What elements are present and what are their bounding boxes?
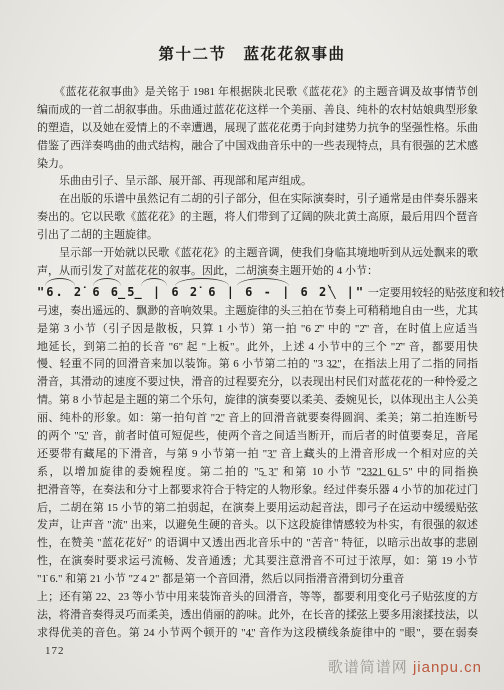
text-line: 性，在赞美 "蓝花花好" 的语调中又透出西北音乐中的 "苦音" 特征，以暗示出故… bbox=[37, 535, 478, 553]
text-line: 的塑造，以及她在爱情上的不幸遭遇，展现了蓝花花勇于向封建势力抗争的坚强性格。乐曲 bbox=[37, 120, 478, 138]
text-line: 弓速，奏出遥远的、飘渺的音响效果。主题旋律的头三拍在节奏上可稍稍地自由一些，尤其 bbox=[37, 303, 478, 321]
watermark-site-url: jianpu.cn bbox=[413, 659, 482, 676]
text-line: 滑音，其滑动的速度不要过快，滑音的过程要充分，以表现出村民们对蓝花花的一种怜爱之 bbox=[37, 374, 478, 392]
text-line: 奏出的。它以民歌《蓝花花》的主题，将人们带到了辽阔的陕北黄土高原，最后用四个琶音 bbox=[37, 209, 478, 227]
text-line: 呈示部一开始就以民歌《蓝花花》的主题音调，使我们身临其境地听到从远处飘来的歌 bbox=[37, 245, 478, 263]
text-line: 染力。 bbox=[37, 156, 478, 174]
text-line: 乐曲由引子、呈示部、展开部、再现部和尾声组成。 bbox=[37, 173, 478, 191]
text-line: 编而成的一首二胡叙事曲。乐曲通过蓝花花这样一个美丽、善良、纯朴的农村姑娘典型形象 bbox=[37, 102, 478, 120]
text-line: 性，在演奏时要求运弓流畅、发音通透；尤其要注意滑音不可过于浓厚，如：第 19 小… bbox=[37, 553, 478, 571]
jianpu-notation: "6. 2̇ 6 6̲5̲ | 6 2̇ 6 | 6 - | 6 2̇╲ |" bbox=[37, 285, 365, 299]
text-line: 情。第 8 小节起是主题的第二个乐句，旋律的演奏要以柔美、委婉见长，以体现出主人… bbox=[37, 392, 478, 410]
page-number: 172 bbox=[45, 645, 65, 657]
text-line: "1̇ 6." 和第 21 小节 "2̇ 4 2" 都是第一个音回滑，然后以同指… bbox=[37, 571, 478, 589]
text-line: 在出版的乐谱中虽然记有二胡的引子部分，但在实际演奏时，引子通常是由伴奏乐器来 bbox=[37, 191, 478, 209]
text-line: 系，以增加旋律的委婉程度。第二拍的 "5̲ 3̲" 和第 10 小节 "2̲3̲… bbox=[37, 464, 478, 482]
text-line: 借鉴了西洋奏鸣曲的曲式结构，融合了中国戏曲音乐中的一些表现特点，具有很强的艺术感 bbox=[37, 138, 478, 156]
text-line: 是第 3 小节（引子因是散板，只算 1 小节）第一拍 "6 2̇" 中的 "2̇… bbox=[37, 321, 478, 339]
watermark-site-name: 歌谱简谱网 bbox=[328, 659, 408, 676]
text-line: 丽、纯朴的形象。如：第一拍句首 "2̲" 音上的回滑音就要奏得圆润、柔美；第二拍… bbox=[37, 410, 478, 428]
text-line: 的两个 "5̲" 音，前者时值可短促些，使两个音之间适当断开，而后者的时值要奏足… bbox=[37, 428, 478, 446]
text-line: 后，二胡在第 15 小节的第二拍弱起，在演奏上要用运动起音法，即弓子在运动中缓缓… bbox=[37, 500, 478, 518]
text-line: 引出了二胡的主题旋律。 bbox=[37, 227, 478, 245]
text-line: 慢、轻重不同的回滑音来加以装饰。第 6 小节第二拍的 "3 3̲2̲"，在指法上… bbox=[37, 356, 478, 374]
text-line: 上；还有第 22、23 等小节中用来装饰音头的回滑音，等等，都要利用变化弓子贴弦… bbox=[37, 589, 478, 607]
text-line: 法，将滑音奏得灵巧而柔美，透出俏丽的韵味。此外，在长音的揉弦上要多用滚揉技法，以 bbox=[37, 607, 478, 625]
text-line: 还要带有藏尾的下滑音，与第 9 小节第一拍 "3̲" 音上藏头的上滑音形成一个相… bbox=[37, 446, 478, 464]
text-line: 地延长，到第二拍的长音 "6" 起 "上板"。此外，上述 4 小节中的三个 "2… bbox=[37, 339, 478, 357]
notation-trailing-text: 一定要用较轻的贴弦度和较快的 bbox=[368, 287, 504, 299]
text-line: 发声，让声音 "流" 出来，以避免生硬的音头。以下这段旋律情感较为朴实，有很强的… bbox=[37, 517, 478, 535]
text-line: 《蓝花花叙事曲》是关铭于 1981 年根据陕北民歌《蓝花花》的主题音调及故事情节… bbox=[37, 84, 478, 102]
scanned-book-page: 第十二节 蓝花花叙事曲 《蓝花花叙事曲》是关铭于 1981 年根据陕北民歌《蓝花… bbox=[0, 0, 504, 690]
text-line: 把滑音等，在奏法和分寸上都要求符合于特定的人物形象。经过伴奏乐器 4 小节的加花… bbox=[37, 482, 478, 500]
watermark: 歌谱简谱网 jianpu.cn bbox=[328, 656, 482, 677]
text-line: 求得优美的音色。第 24 小节两个顿开的 "4̲" 音作为这段横线条旋律中的 "… bbox=[37, 625, 478, 643]
body-text: 《蓝花花叙事曲》是关铭于 1981 年根据陕北民歌《蓝花花》的主题音调及故事情节… bbox=[37, 84, 478, 643]
section-title: 第十二节 蓝花花叙事曲 bbox=[0, 42, 504, 64]
music-notation-line: "6. 2̇ 6 6̲5̲ | 6 2̇ 6 | 6 - | 6 2̇╲ |" … bbox=[37, 281, 478, 303]
